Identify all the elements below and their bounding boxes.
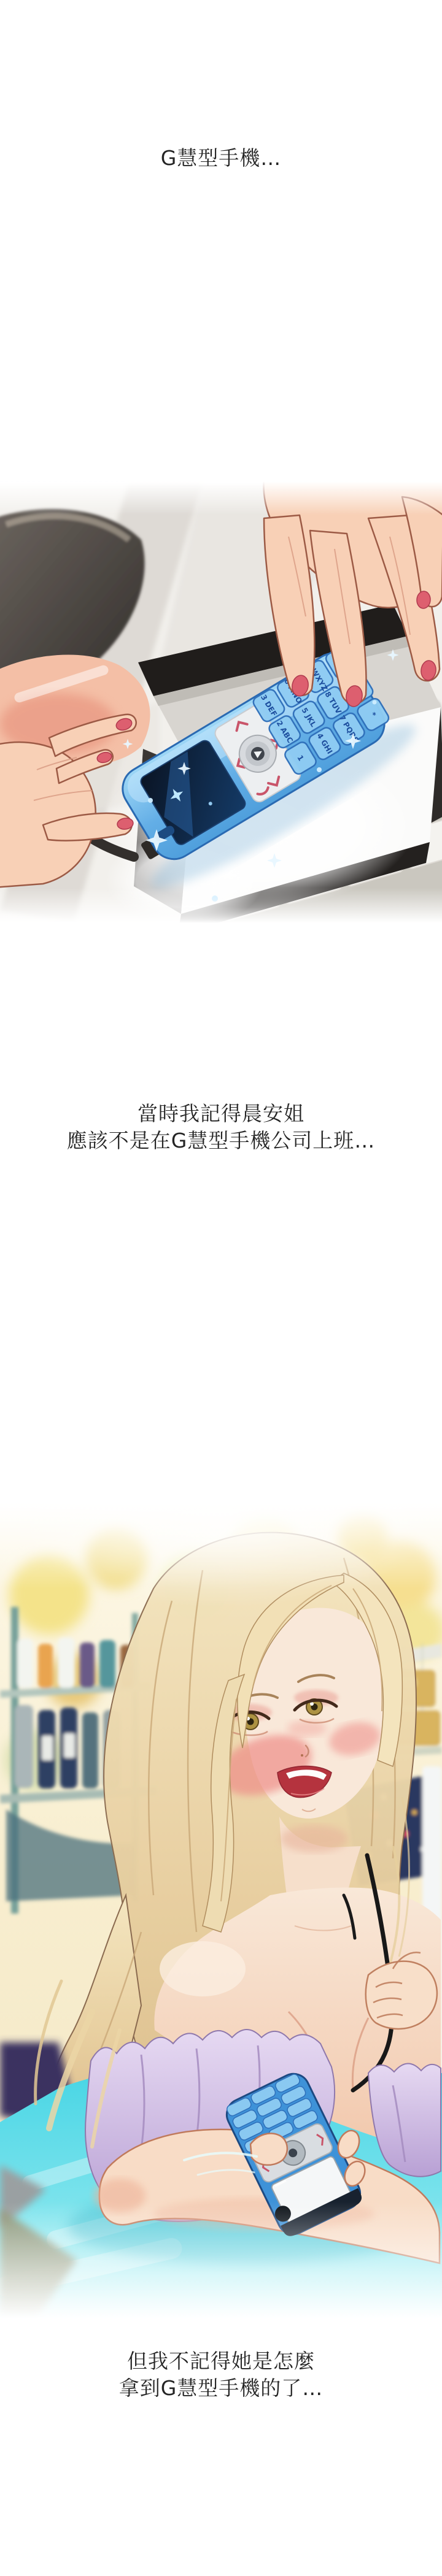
panel-top-fade	[0, 481, 442, 515]
caption-middle-line-1: 當時我記得晨安姐	[0, 1100, 442, 1127]
caption-bottom: 但我不記得她是怎麼 拿到G慧型手機的了…	[0, 2348, 442, 2402]
caption-middle-line-2: 應該不是在G慧型手機公司上班…	[0, 1127, 442, 1154]
panel-1-illustration: 3 DEF 2 ABC 1 6 MNO 5 JKL 4 GHI 9 WXYZ 8…	[0, 481, 442, 923]
caption-bottom-line-2: 拿到G慧型手機的了…	[0, 2375, 442, 2402]
panel-2-illustration	[0, 1503, 442, 2318]
caption-top: G慧型手機…	[0, 145, 442, 172]
comic-page: G慧型手機…	[0, 0, 442, 2576]
panel-bottom-fade	[0, 887, 442, 923]
panel-bottom-fade	[0, 2202, 442, 2318]
panel-top-fade	[0, 1503, 442, 1589]
caption-middle: 當時我記得晨安姐 應該不是在G慧型手機公司上班…	[0, 1100, 442, 1154]
caption-bottom-line-1: 但我不記得她是怎麼	[0, 2348, 442, 2375]
